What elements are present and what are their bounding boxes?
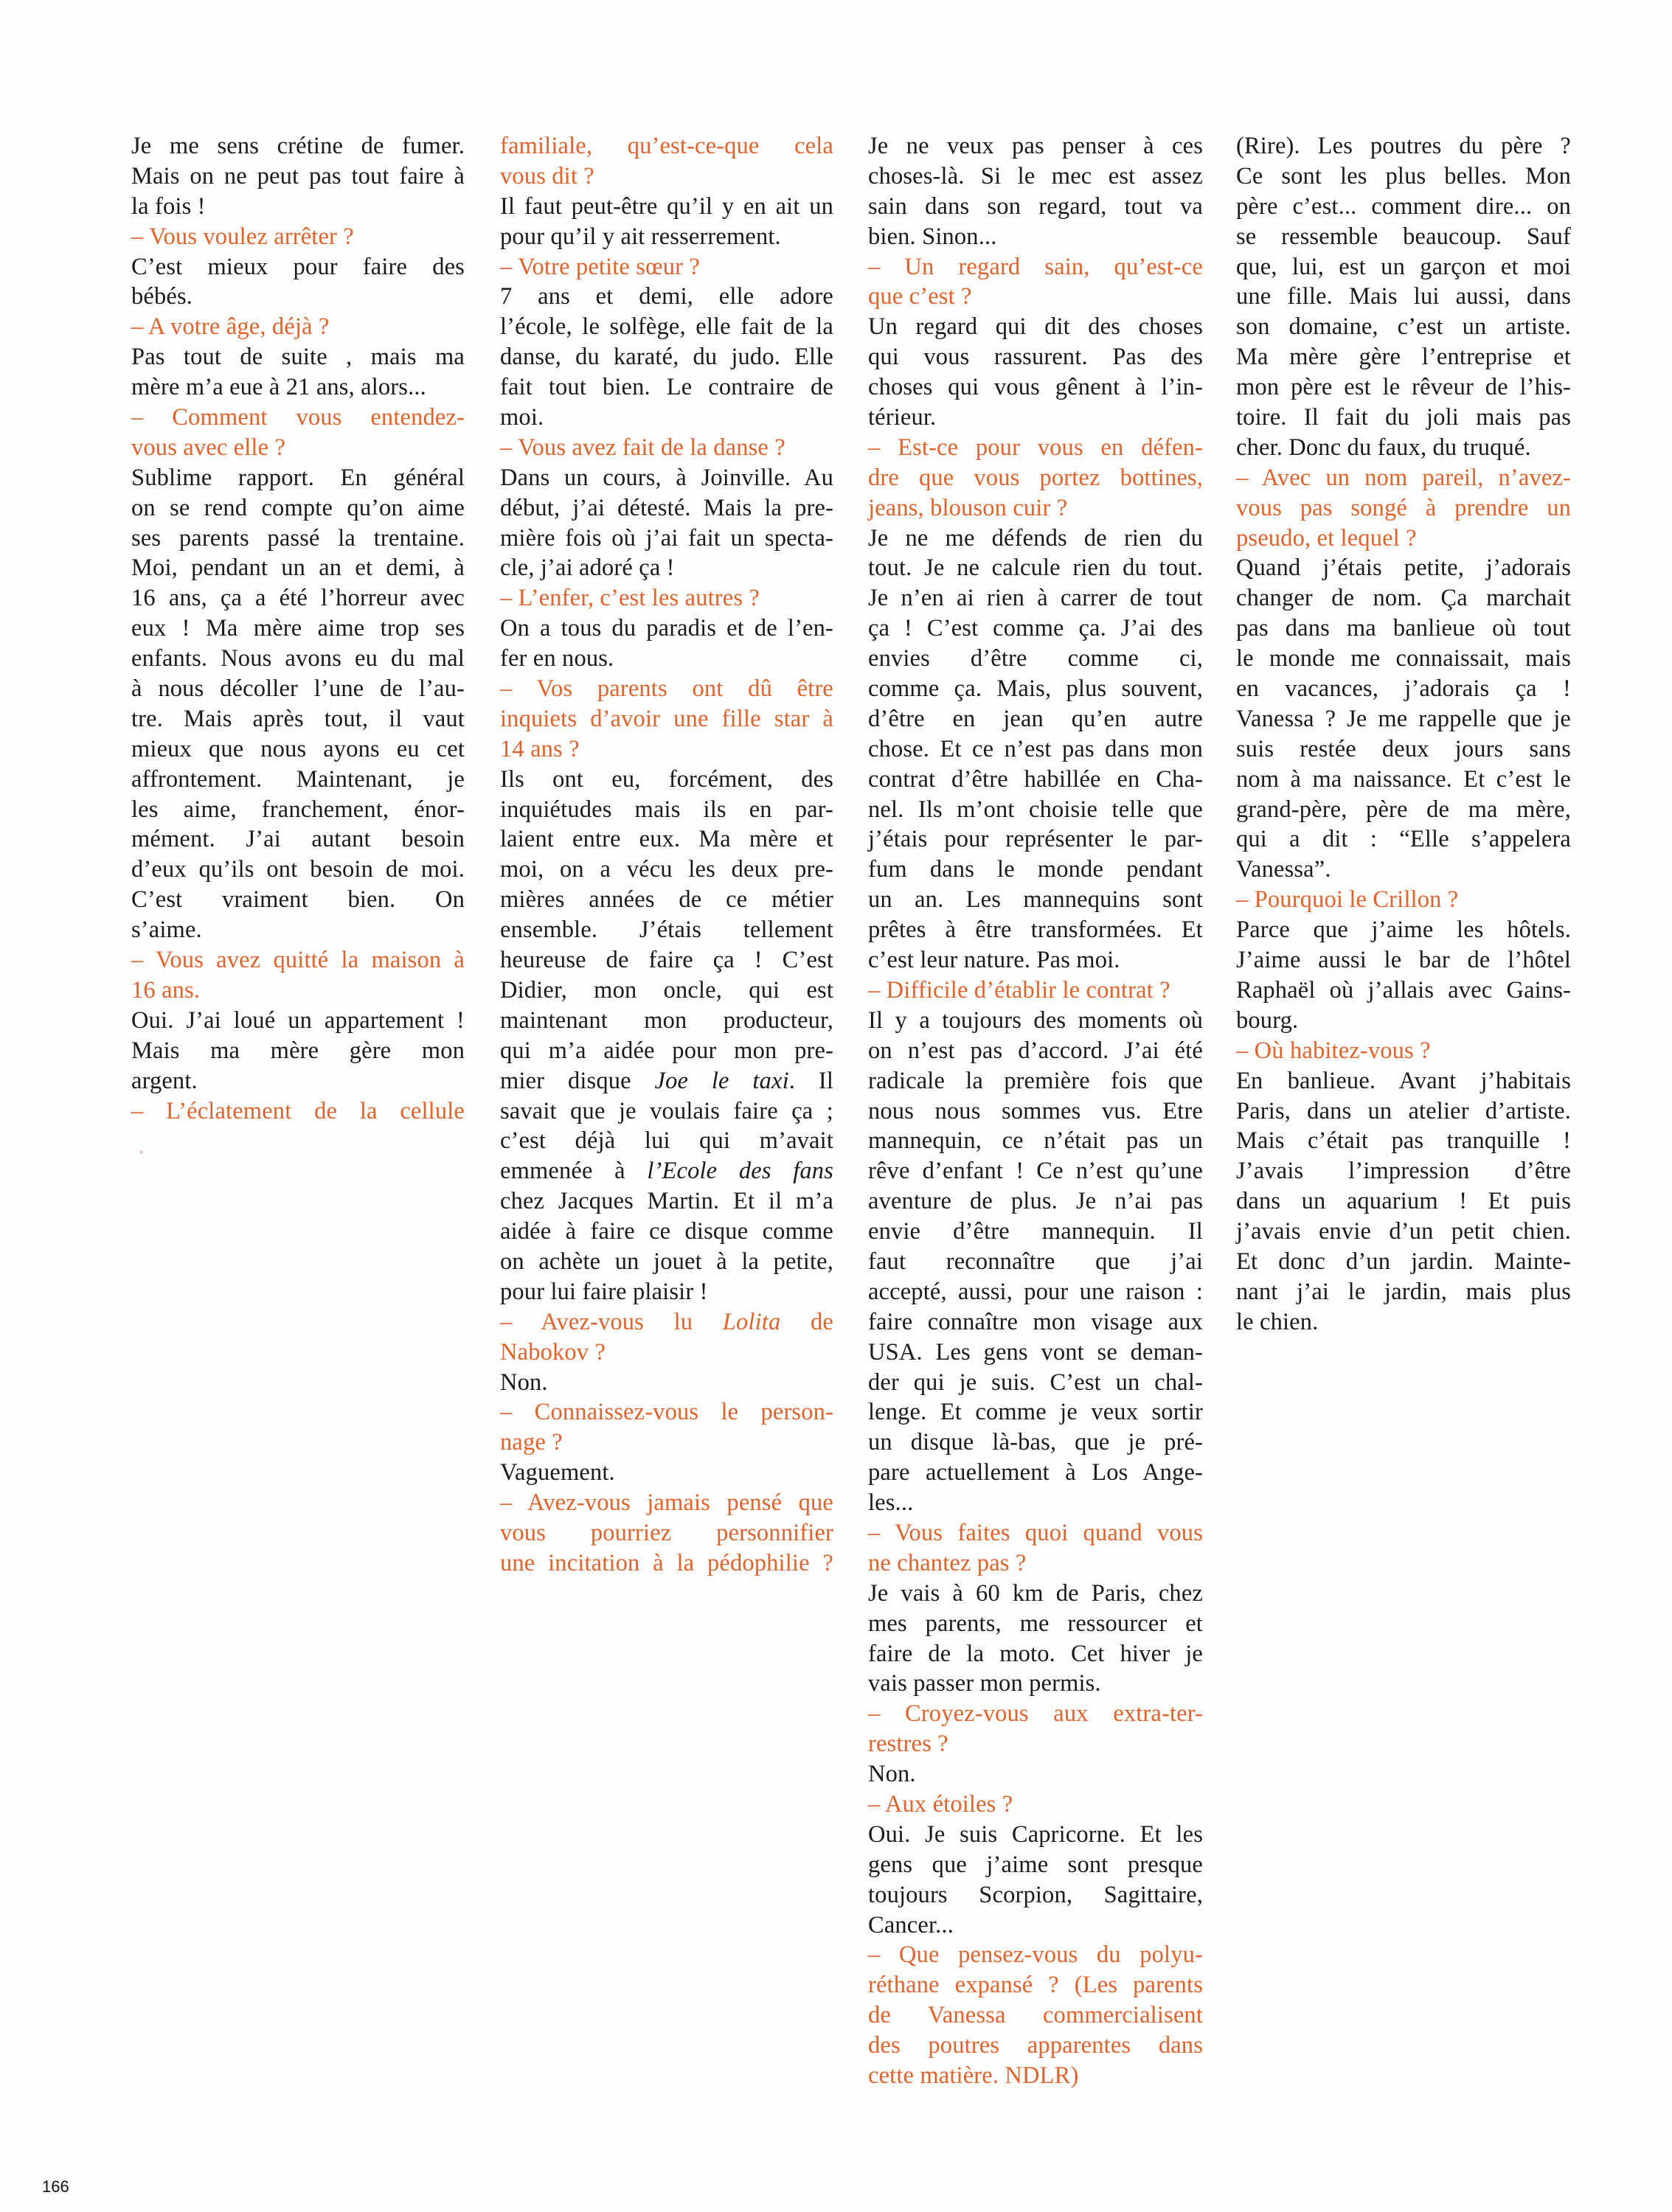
interview-answer-line: Je vais à 60 km de Paris, chez [868, 1579, 1203, 1609]
interview-question-line: – Votre petite sœur ? [500, 252, 833, 282]
interview-answer-line: enfants. Nous avons eu du mal [131, 644, 465, 674]
interview-answer-line: pare actuellement à Los Ange- [868, 1458, 1203, 1488]
interview-answer-line: bébés. [131, 282, 465, 312]
italic-title: Lolita [723, 1309, 781, 1335]
interview-question-line: – Croyez-vous aux extra-ter- [868, 1699, 1203, 1729]
interview-answer-line: toujours Scorpion, Sagittaire, [868, 1880, 1203, 1910]
interview-answer-line: Quand j’étais petite, j’adorais [1236, 553, 1571, 583]
interview-question-line: restres ? [868, 1729, 1203, 1759]
interview-answer-line: C’est vraiment bien. On [131, 885, 465, 915]
interview-question-line: vous pas songé à prendre un [1236, 493, 1571, 524]
interview-answer-line: Mais c’était pas tranquille ! [1236, 1126, 1571, 1156]
interview-answer-line: dans un aquarium ! Et puis [1236, 1186, 1571, 1217]
interview-answer-line: un disque là-bas, que je pré- [868, 1427, 1203, 1458]
interview-answer-line: En banlieue. Avant j’habitais [1236, 1066, 1571, 1096]
interview-question-line: ne chantez pas ? [868, 1548, 1203, 1579]
interview-answer-line: lenge. Et comme je veux sortir [868, 1397, 1203, 1427]
interview-answer-line: mières années de ce métier [500, 885, 833, 915]
interview-answer-line: der qui je suis. C’est un chal- [868, 1368, 1203, 1398]
interview-question-line: – A votre âge, déjà ? [131, 312, 465, 342]
interview-answer-line: emmenée à l’Ecole des fans [500, 1156, 833, 1186]
text-column-2: familiale, qu’est-ce-que celavous dit ?I… [500, 131, 833, 1579]
interview-answer-line: se ressemble beaucoup. Sauf [1236, 222, 1571, 252]
text-run: . Il [789, 1068, 833, 1094]
interview-answer-line: qui vous rassurent. Pas des [868, 342, 1203, 372]
interview-answer-line: aventure de plus. Je n’ai pas [868, 1186, 1203, 1217]
interview-answer-line: la fois ! [131, 192, 465, 222]
interview-answer-line: mes parents, me ressourcer et [868, 1609, 1203, 1639]
text-run: mier disque [500, 1068, 655, 1094]
interview-answer-line: Cancer... [868, 1910, 1203, 1941]
interview-answer-line: choses-là. Si le mec est assez [868, 161, 1203, 192]
interview-answer-line: danse, du karaté, du judo. Elle [500, 342, 833, 372]
interview-answer-line: les... [868, 1488, 1203, 1518]
interview-question-line: – L’enfer, c’est les autres ? [500, 583, 833, 613]
interview-answer-line: qui m’a aidée pour mon pre- [500, 1036, 833, 1066]
interview-answer-line: vais passer mon permis. [868, 1669, 1203, 1699]
interview-answer-line: On a tous du paradis et de l’en- [500, 613, 833, 644]
interview-answer-line: Oui. J’ai loué un appartement ! [131, 1006, 465, 1036]
print-speck [140, 1150, 142, 1154]
interview-answer-line: à nous décoller l’une de l’au- [131, 674, 465, 704]
interview-answer-line: c’est déjà lui qui m’avait [500, 1126, 833, 1156]
interview-answer-line: J’aime aussi le bar de l’hôtel [1236, 945, 1571, 975]
interview-answer-line: térieur. [868, 403, 1203, 433]
interview-answer-line: tout. Je ne calcule rien du tout. [868, 553, 1203, 583]
interview-answer-line: grand-père, père de ma mère, [1236, 795, 1571, 825]
interview-answer-line: son domaine, c’est un artiste. [1236, 312, 1571, 342]
interview-answer-line: on se rend compte qu’on aime [131, 493, 465, 524]
interview-question-line: 16 ans. [131, 975, 465, 1006]
interview-answer-line: fait tout bien. Le contraire de [500, 372, 833, 403]
interview-answer-line: Paris, dans un atelier d’artiste. [1236, 1096, 1571, 1127]
interview-answer-line: d’être en jean qu’en autre [868, 704, 1203, 734]
interview-answer-line: Il y a toujours des moments où [868, 1006, 1203, 1036]
interview-question-line: – Comment vous entendez- [131, 403, 465, 433]
interview-answer-line: d’eux qu’ils ont besoin de moi. [131, 855, 465, 885]
interview-answer-line: on n’est pas d’accord. J’ai été [868, 1036, 1203, 1066]
interview-question-line: vous pourriez personnifier [500, 1518, 833, 1548]
interview-question-line: – Vous faites quoi quand vous [868, 1518, 1203, 1548]
interview-answer-line: Vanessa”. [1236, 855, 1571, 885]
interview-answer-line: faire de la moto. Cet hiver je [868, 1639, 1203, 1669]
interview-question-line: – Pourquoi le Crillon ? [1236, 885, 1571, 915]
interview-question-line: – Vos parents ont dû être [500, 674, 833, 704]
interview-answer-line: affrontement. Maintenant, je [131, 765, 465, 795]
interview-answer-line: nant j’ai le jardin, mais plus [1236, 1277, 1571, 1307]
interview-question-line: inquiets d’avoir une fille star à [500, 704, 833, 734]
interview-answer-line: tre. Mais après tout, il vaut [131, 704, 465, 734]
interview-answer-line: une fille. Mais lui aussi, dans [1236, 282, 1571, 312]
interview-answer-line: radicale la première fois que [868, 1066, 1203, 1096]
interview-question-line: cette matière. NDLR) [868, 2061, 1203, 2091]
interview-question-line: 14 ans ? [500, 734, 833, 765]
interview-answer-line: nous nous sommes vus. Etre [868, 1096, 1203, 1127]
interview-answer-line: 7 ans et demi, elle adore [500, 282, 833, 312]
interview-answer-line: choses qui vous gênent à l’in- [868, 372, 1203, 403]
interview-answer-line: Je me sens crétine de fumer. [131, 131, 465, 161]
interview-question-line: vous dit ? [500, 161, 833, 192]
interview-answer-line: inquiétudes mais ils en par- [500, 795, 833, 825]
interview-answer-line: pour qu’il y ait resserrement. [500, 222, 833, 252]
interview-answer-line: C’est mieux pour faire des [131, 252, 465, 282]
interview-answer-line: fum dans le monde pendant [868, 855, 1203, 885]
magazine-page: Je me sens crétine de fumer.Mais on ne p… [0, 0, 1672, 2212]
interview-answer-line: Mais ma mère gère mon [131, 1036, 465, 1066]
interview-answer-line: Ce sont les plus belles. Mon [1236, 161, 1571, 192]
interview-answer-line: sain dans son regard, tout va [868, 192, 1203, 222]
interview-answer-line: Ils ont eu, forcément, des [500, 765, 833, 795]
interview-answer-line: Dans un cours, à Joinville. Au [500, 463, 833, 493]
interview-question-line: pseudo, et lequel ? [1236, 524, 1571, 554]
interview-answer-line: eux ! Ma mère aime trop ses [131, 613, 465, 644]
interview-answer-line: Ma mère gère l’entreprise et [1236, 342, 1571, 372]
interview-answer-line: j’étais pour représenter le par- [868, 824, 1203, 855]
interview-question-line: – Aux étoiles ? [868, 1790, 1203, 1820]
interview-answer-line: mière fois où j’ai fait un specta- [500, 524, 833, 554]
interview-question-line: – Difficile d’établir le contrat ? [868, 975, 1203, 1006]
text-run: emmenée à [500, 1158, 647, 1184]
text-column-4: (Rire). Les poutres du père ?Ce sont les… [1236, 131, 1571, 1338]
interview-question-line: vous avec elle ? [131, 433, 465, 463]
interview-answer-line: pour lui faire plaisir ! [500, 1277, 833, 1307]
interview-answer-line: c’est leur nature. Pas moi. [868, 945, 1203, 975]
interview-answer-line: Didier, mon oncle, qui est [500, 975, 833, 1006]
interview-answer-line: changer de nom. Ça marchait [1236, 583, 1571, 613]
interview-answer-line: comme ça. Mais, plus souvent, [868, 674, 1203, 704]
interview-answer-line: savait que je voulais faire ça ; [500, 1096, 833, 1127]
interview-answer-line: Parce que j’aime les hôtels. [1236, 915, 1571, 945]
interview-answer-line: cher. Donc du faux, du truqué. [1236, 433, 1571, 463]
interview-answer-line: (Rire). Les poutres du père ? [1236, 131, 1571, 161]
text-column-3: Je ne veux pas penser à ceschoses-là. Si… [868, 131, 1203, 2091]
interview-answer-line: père c’est... comment dire... on [1236, 192, 1571, 222]
interview-answer-line: Moi, pendant un an et demi, à [131, 553, 465, 583]
interview-answer-line: mieux que nous ayons eu cet [131, 734, 465, 765]
interview-answer-line: Raphaël où j’allais avec Gains- [1236, 975, 1571, 1006]
interview-question-line: – Vous voulez arrêter ? [131, 222, 465, 252]
interview-question-line: – L’éclatement de la cellule [131, 1096, 465, 1127]
italic-title: l’Ecole des fans [647, 1158, 833, 1184]
interview-answer-line: le monde me connaissait, mais [1236, 644, 1571, 674]
interview-answer-line: argent. [131, 1066, 465, 1096]
interview-question-line: – Avez-vous jamais pensé que [500, 1488, 833, 1518]
interview-answer-line: Vaguement. [500, 1458, 833, 1488]
interview-answer-line: Mais on ne peut pas tout faire à [131, 161, 465, 192]
interview-answer-line: mier disque Joe le taxi. Il [500, 1066, 833, 1096]
interview-answer-line: Il faut peut-être qu’il y en ait un [500, 192, 833, 222]
interview-answer-line: contrat d’être habillée en Cha- [868, 765, 1203, 795]
interview-answer-line: mon père est le rêveur de l’his- [1236, 372, 1571, 403]
interview-question-line: de Vanessa commercialisent [868, 2000, 1203, 2031]
interview-answer-line: moi. [500, 403, 833, 433]
interview-question-line: une incitation à la pédophilie ? [500, 1548, 833, 1579]
interview-answer-line: gens que j’aime sont presque [868, 1850, 1203, 1880]
interview-answer-line: qui a dit : “Elle s’appelera [1236, 824, 1571, 855]
interview-answer-line: faire connaître mon visage aux [868, 1307, 1203, 1338]
interview-answer-line: que, lui, est un garçon et moi [1236, 252, 1571, 282]
interview-answer-line: chez Jacques Martin. Et il m’a [500, 1186, 833, 1217]
interview-answer-line: bien. Sinon... [868, 222, 1203, 252]
interview-answer-line: un an. Les mannequins sont [868, 885, 1203, 915]
interview-question-line: – Est-ce pour vous en défen- [868, 433, 1203, 463]
interview-question-line: – Vous avez fait de la danse ? [500, 433, 833, 463]
interview-answer-line: J’avais l’impression d’être [1236, 1156, 1571, 1186]
interview-answer-line: Sublime rapport. En général [131, 463, 465, 493]
interview-question-line: – Où habitez-vous ? [1236, 1036, 1571, 1066]
interview-answer-line: en vacances, j’adorais ça ! [1236, 674, 1571, 704]
interview-question-line: – Un regard sain, qu’est-ce [868, 252, 1203, 282]
text-column-1: Je me sens crétine de fumer.Mais on ne p… [131, 131, 465, 1126]
interview-answer-line: mère m’a eue à 21 ans, alors... [131, 372, 465, 403]
interview-answer-line: envie d’être mannequin. Il [868, 1217, 1203, 1247]
interview-question-line: que c’est ? [868, 282, 1203, 312]
text-run: de [780, 1309, 833, 1335]
interview-question-line: des poutres apparentes dans [868, 2031, 1203, 2061]
interview-answer-line: Non. [868, 1759, 1203, 1790]
interview-answer-line: fer en nous. [500, 644, 833, 674]
interview-answer-line: bourg. [1236, 1006, 1571, 1036]
interview-answer-line: chose. Et ce n’est pas dans mon [868, 734, 1203, 765]
interview-answer-line: accepté, aussi, pour une raison : [868, 1277, 1203, 1307]
interview-answer-line: Oui. Je suis Capricorne. Et les [868, 1820, 1203, 1850]
interview-answer-line: les aime, franchement, énor- [131, 795, 465, 825]
interview-question-line: – Avez-vous lu Lolita de [500, 1307, 833, 1338]
interview-answer-line: heureuse de faire ça ! C’est [500, 945, 833, 975]
interview-question-line: nage ? [500, 1427, 833, 1458]
interview-answer-line: ça ! C’est comme ça. J’ai des [868, 613, 1203, 644]
interview-answer-line: envies d’être comme ci, [868, 644, 1203, 674]
interview-answer-line: le chien. [1236, 1307, 1571, 1338]
interview-question-line: réthane expansé ? (Les parents [868, 1970, 1203, 2000]
interview-answer-line: prêtes à être transformées. Et [868, 915, 1203, 945]
interview-answer-line: s’aime. [131, 915, 465, 945]
interview-answer-line: faut reconnaître que j’ai [868, 1247, 1203, 1277]
interview-answer-line: suis restée deux jours sans [1236, 734, 1571, 765]
interview-answer-line: l’école, le solfège, elle fait de la [500, 312, 833, 342]
interview-answer-line: aidée à faire ce disque comme [500, 1217, 833, 1247]
interview-question-line: Nabokov ? [500, 1338, 833, 1368]
interview-answer-line: Je n’en ai rien à carrer de tout [868, 583, 1203, 613]
interview-question-line: jeans, blouson cuir ? [868, 493, 1203, 524]
text-run: – Avez-vous lu [500, 1309, 723, 1335]
interview-answer-line: maintenant mon producteur, [500, 1006, 833, 1036]
interview-answer-line: Non. [500, 1368, 833, 1398]
interview-answer-line: on achète un jouet à la petite, [500, 1247, 833, 1277]
interview-answer-line: cle, j’ai adoré ça ! [500, 553, 833, 583]
interview-answer-line: début, j’ai détesté. Mais la pre- [500, 493, 833, 524]
interview-answer-line: Je ne me défends de rien du [868, 524, 1203, 554]
interview-answer-line: rêve d’enfant ! Ce n’est qu’une [868, 1156, 1203, 1186]
interview-answer-line: nel. Ils m’ont choisie telle que [868, 795, 1203, 825]
interview-answer-line: ensemble. J’étais tellement [500, 915, 833, 945]
interview-question-line: – Vous avez quitté la maison à [131, 945, 465, 975]
interview-answer-line: nom à ma naissance. Et c’est le [1236, 765, 1571, 795]
interview-answer-line: Je ne veux pas penser à ces [868, 131, 1203, 161]
interview-answer-line: laient entre eux. Ma mère et [500, 824, 833, 855]
interview-question-line: – Avec un nom pareil, n’avez- [1236, 463, 1571, 493]
interview-answer-line: j’avais envie d’un petit chien. [1236, 1217, 1571, 1247]
interview-question-line: – Connaissez-vous le person- [500, 1397, 833, 1427]
interview-answer-line: USA. Les gens vont se deman- [868, 1338, 1203, 1368]
interview-answer-line: moi, on a vécu les deux pre- [500, 855, 833, 885]
interview-answer-line: 16 ans, ça a été l’horreur avec [131, 583, 465, 613]
interview-answer-line: pas dans ma banlieue où tout [1236, 613, 1571, 644]
interview-answer-line: Et donc d’un jardin. Mainte- [1236, 1247, 1571, 1277]
interview-question-line: – Que pensez-vous du polyu- [868, 1940, 1203, 1970]
interview-answer-line: mément. J’ai autant besoin [131, 824, 465, 855]
interview-question-line: familiale, qu’est-ce-que cela [500, 131, 833, 161]
interview-answer-line: mannequin, ce n’était pas un [868, 1126, 1203, 1156]
interview-answer-line: ses parents passé la trentaine. [131, 524, 465, 554]
interview-answer-line: Vanessa ? Je me rappelle que je [1236, 704, 1571, 734]
page-number: 166 [42, 2177, 69, 2197]
interview-answer-line: Un regard qui dit des choses [868, 312, 1203, 342]
interview-question-line: dre que vous portez bottines, [868, 463, 1203, 493]
interview-answer-line: Pas tout de suite , mais ma [131, 342, 465, 372]
interview-answer-line: toire. Il fait du joli mais pas [1236, 403, 1571, 433]
italic-title: Joe le taxi [655, 1068, 789, 1094]
